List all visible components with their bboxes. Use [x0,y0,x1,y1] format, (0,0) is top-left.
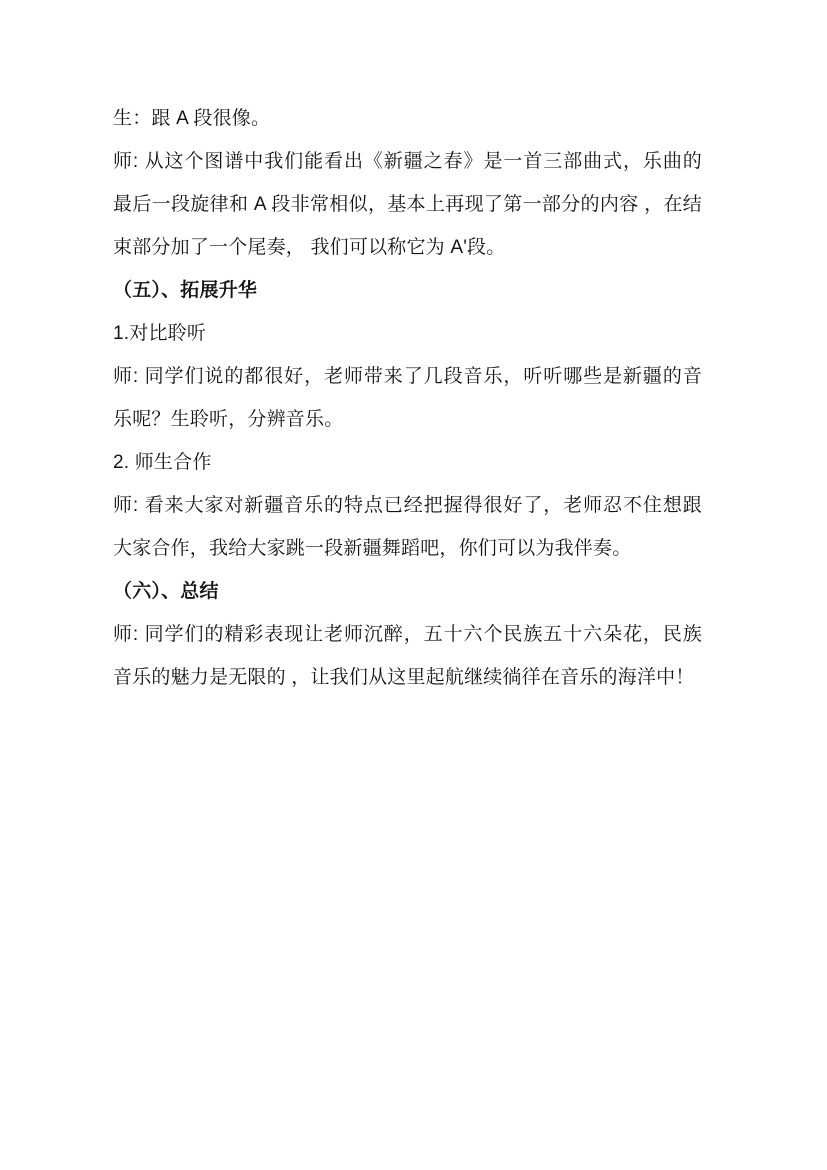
text-line: 2. 师生合作 [113,441,702,484]
dialog-paragraph: 师: 同学们说的都很好，老师带来了几段音乐，听听哪些是新疆的音 乐呢？生聆听，分… [113,355,702,441]
text-line: 音乐的魅力是无限的 ，让我们从这里起航继续徜徉在音乐的海洋中！ [113,656,702,699]
section-heading: （六）、总结 [113,570,702,613]
text-line: 最后一段旋律和 A 段非常相似，基本上再现了第一部分的内容 ，在结 [113,183,702,226]
text-line: 束部分加了一个尾奏， 我们可以称它为 A'段。 [113,226,702,269]
heading-text: （六）、总结 [113,570,702,613]
text-line: 生：跟 A 段很像。 [113,97,702,140]
numbered-item: 1.对比聆听 [113,312,702,355]
text-line: 师: 同学们说的都很好，老师带来了几段音乐，听听哪些是新疆的音 [113,355,702,398]
heading-text: （五）、拓展升华 [113,269,702,312]
page-body: 生：跟 A 段很像。 师: 从这个图谱中我们能看出《新疆之春》是一首三部曲式，乐… [113,97,702,699]
document-page: 生：跟 A 段很像。 师: 从这个图谱中我们能看出《新疆之春》是一首三部曲式，乐… [0,0,827,1170]
text-line: 师: 看来大家对新疆音乐的特点已经把握得很好了，老师忍不住想跟 [113,484,702,527]
numbered-item: 2. 师生合作 [113,441,702,484]
text-line: 师: 从这个图谱中我们能看出《新疆之春》是一首三部曲式，乐曲的 [113,140,702,183]
text-line: 1.对比聆听 [113,312,702,355]
dialog-paragraph: 师: 从这个图谱中我们能看出《新疆之春》是一首三部曲式，乐曲的 最后一段旋律和 … [113,140,702,269]
dialog-paragraph: 生：跟 A 段很像。 [113,97,702,140]
dialog-paragraph: 师: 看来大家对新疆音乐的特点已经把握得很好了，老师忍不住想跟 大家合作，我给大… [113,484,702,570]
dialog-paragraph: 师: 同学们的精彩表现让老师沉醉，五十六个民族五十六朵花，民族 音乐的魅力是无限… [113,613,702,699]
text-line: 师: 同学们的精彩表现让老师沉醉，五十六个民族五十六朵花，民族 [113,613,702,656]
text-line: 乐呢？生聆听，分辨音乐。 [113,398,702,441]
section-heading: （五）、拓展升华 [113,269,702,312]
text-line: 大家合作，我给大家跳一段新疆舞蹈吧，你们可以为我伴奏。 [113,527,702,570]
